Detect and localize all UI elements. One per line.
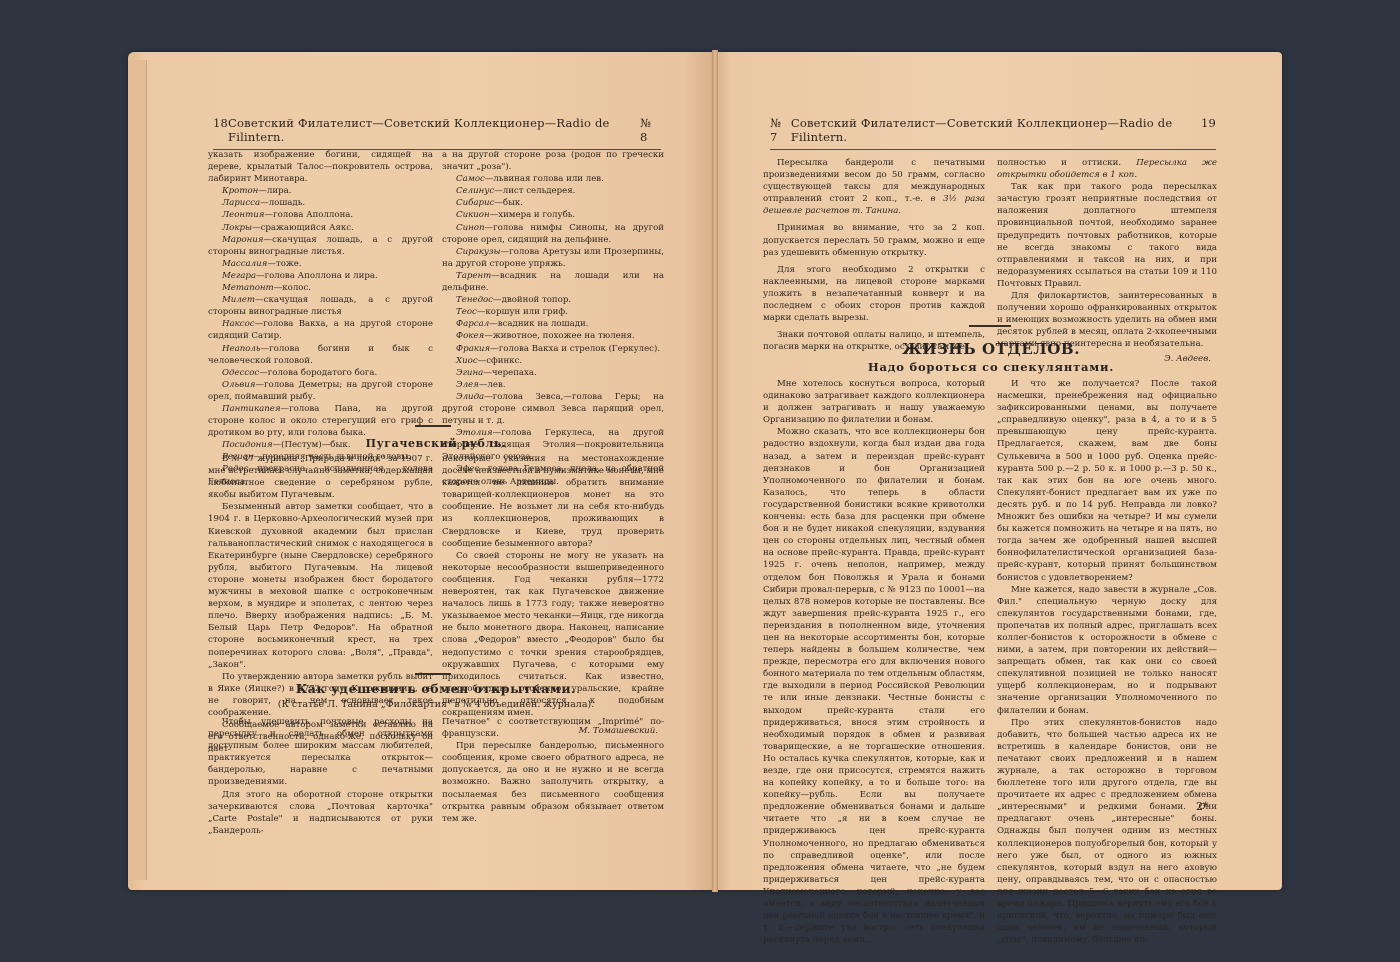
coin-entry: Синоп—голова нимфы Синопы, на другой сто… bbox=[442, 222, 664, 246]
paragraph: Можно сказать, что все коллекционеры бон… bbox=[763, 426, 985, 946]
coin-city-name: Тарент bbox=[456, 271, 491, 281]
book-gutter bbox=[712, 50, 718, 892]
coin-entry: Ларисса—лошадь. bbox=[208, 197, 433, 209]
coin-entry: Фарсал—всадник на лошади. bbox=[442, 318, 664, 330]
coin-city-name: Ларисса bbox=[222, 198, 260, 208]
paragraph: Безыменный автор заметки сообщает, что в… bbox=[208, 501, 433, 670]
coin-city-name: Пантикапея bbox=[222, 404, 281, 414]
coin-entry: Эгина—черепаха. bbox=[442, 367, 664, 379]
coin-entry: Массалия—тоже. bbox=[208, 258, 433, 270]
coin-description: —тоже. bbox=[267, 259, 301, 269]
paragraph: Мне кажется, надо завести в журнале „Сов… bbox=[997, 584, 1217, 717]
printer-signature-mark: 2* bbox=[1196, 800, 1209, 813]
coin-city-name: Мегара bbox=[222, 271, 256, 281]
coin-description: —лев. bbox=[479, 380, 506, 390]
coin-city-name: Сиракузы bbox=[456, 247, 501, 257]
coin-entry: Кротон—лира. bbox=[208, 185, 433, 197]
coin-city-name: Сикион bbox=[456, 210, 490, 220]
coin-description: —лира. bbox=[258, 186, 291, 196]
coin-city-name: Ольвия bbox=[222, 380, 255, 390]
postcards-continued-column-1: Пересылка бандероли с печатными произвед… bbox=[763, 157, 985, 353]
coin-entry: Тенедос—двойной топор. bbox=[442, 294, 664, 306]
paragraph: некоторые указания на местонахождение до… bbox=[442, 453, 664, 550]
section-divider bbox=[415, 425, 451, 427]
paragraph: При пересылке бандеролью, письменного со… bbox=[442, 740, 664, 825]
coin-description: —сражающийся Аякс. bbox=[252, 223, 354, 233]
coin-city-name: Милет bbox=[222, 295, 255, 305]
coin-description: —химера и голубь. bbox=[490, 210, 576, 220]
coins-intro: а на другой стороне роза (родон по грече… bbox=[442, 149, 664, 173]
coin-description: —голова Аполлона. bbox=[264, 210, 353, 220]
coin-entry: Мегара—голова Аполлона и лира. bbox=[208, 270, 433, 282]
coin-city-name: Элида bbox=[456, 392, 484, 402]
coin-city-name: Одессос bbox=[222, 368, 259, 378]
coin-description: —животное, похожее на тюленя. bbox=[484, 331, 634, 341]
coin-city-name: Эгина bbox=[456, 368, 483, 378]
coin-entry: Селинус—лист сельдерея. bbox=[442, 185, 664, 197]
coin-entry: Сикион—химера и голубь. bbox=[442, 209, 664, 221]
coin-description: —голова бородатого бога. bbox=[259, 368, 377, 378]
paragraph: И что же получается? После такой насмешк… bbox=[997, 378, 1217, 584]
coin-city-name: Метапонт bbox=[222, 283, 274, 293]
paragraph: Принимая во внимание, что за 2 коп. допу… bbox=[763, 222, 985, 258]
postcards-column-2: Печатное" с соответствующим „Imprimé" по… bbox=[442, 716, 664, 825]
paragraph: Так как при такого рода пересылках зачас… bbox=[997, 181, 1217, 290]
coin-description: —колос. bbox=[274, 283, 311, 293]
coin-description: —лошадь. bbox=[260, 198, 305, 208]
text: полностью и оттиски. bbox=[997, 158, 1136, 168]
coin-description: —двойной топор. bbox=[493, 295, 571, 305]
coin-entry: Неаполь—голова богини и бык с человеческ… bbox=[208, 343, 433, 367]
paragraph: В № 47 журнала „Природа и люди" за 1907 … bbox=[208, 453, 433, 501]
page-number: 19 bbox=[1201, 116, 1216, 130]
coin-description: —сфинкс. bbox=[478, 356, 523, 366]
paragraph: Для этого необходимо 2 открытки с наклее… bbox=[763, 264, 985, 324]
coin-entry: Тарент—всадник на лошади или на дельфине… bbox=[442, 270, 664, 294]
journal-title: Советский Филателист—Советский Коллекцио… bbox=[228, 116, 640, 144]
coin-city-name: Наксос bbox=[222, 319, 255, 329]
coin-city-name: Сибарис bbox=[456, 198, 494, 208]
coin-entry: Пантикапея—голова Пана, на другой сторон… bbox=[208, 403, 433, 439]
page-fold-edge bbox=[128, 60, 147, 880]
coin-entry: Милет—скачущая лошадь, а с другой сторон… bbox=[208, 294, 433, 318]
left-running-head: 18 Советский Филателист—Советский Коллек… bbox=[213, 116, 661, 150]
coin-entry: Ольвия—голова Деметры; на другой стороне… bbox=[208, 379, 433, 403]
coin-city-name: Самос bbox=[456, 174, 485, 184]
paragraph: полностью и оттиски. Пересылка же открыт… bbox=[997, 157, 1217, 181]
coin-description: —лист сельдерея. bbox=[494, 186, 575, 196]
article-title-speculators: Надо бороться со спекулянтами. bbox=[763, 360, 1219, 374]
paragraph: Пересылка бандероли с печатными произвед… bbox=[763, 157, 985, 217]
postcards-column-1: Чтобы удешевить почтовые расходы на пере… bbox=[208, 716, 433, 837]
article-title-pugachev: Пугачевский рубль. bbox=[208, 437, 664, 450]
coin-city-name: Тенедос bbox=[456, 295, 493, 305]
coin-description: —всадник на лошади. bbox=[489, 319, 588, 329]
coin-entry: Самос—львиная голова или лев. bbox=[442, 173, 664, 185]
section-divider bbox=[969, 325, 1011, 327]
coin-city-name: Неаполь bbox=[222, 344, 261, 354]
coin-city-name: Кротон bbox=[222, 186, 258, 196]
paragraph: Для этого на оборотной стороне открытки … bbox=[208, 789, 433, 837]
issue-number: № 8 bbox=[640, 116, 661, 144]
coin-city-name: Синоп bbox=[456, 223, 484, 233]
departments-column-1: Мне хотелось коснуться вопроса, который … bbox=[763, 378, 985, 946]
coin-description: —голова Вакха и стрелок (Геркулес). bbox=[490, 344, 660, 354]
coin-entry: Марония—скачущая лошадь, а с другой стор… bbox=[208, 234, 433, 258]
coin-description: —голова Аполлона и лира. bbox=[256, 271, 378, 281]
coin-city-name: Фракия bbox=[456, 344, 490, 354]
coin-entry: Метапонт—колос. bbox=[208, 282, 433, 294]
coin-city-name: Элея bbox=[456, 380, 479, 390]
journal-title: Советский Филателист—Советский Коллекцио… bbox=[791, 116, 1201, 144]
paragraph: Про этих спекулянтов-бонистов надо добав… bbox=[997, 717, 1217, 947]
coin-entry: Теос—коршун или гриф. bbox=[442, 306, 664, 318]
coin-description: —черепаха. bbox=[483, 368, 537, 378]
paragraph: Мне хотелось коснуться вопроса, который … bbox=[763, 378, 985, 426]
coin-city-name: Хиос bbox=[456, 356, 478, 366]
coin-entry: Фокея—животное, похожее на тюленя. bbox=[442, 330, 664, 342]
coin-description: —коршун или гриф. bbox=[477, 307, 568, 317]
coin-entry: Сибарис—бык. bbox=[442, 197, 664, 209]
coin-entry: Хиос—сфинкс. bbox=[442, 355, 664, 367]
coin-city-name: Массалия bbox=[222, 259, 267, 269]
coin-city-name: Локры bbox=[222, 223, 252, 233]
section-divider bbox=[415, 673, 451, 675]
right-running-head: № 7 Советский Филателист—Советский Колле… bbox=[770, 116, 1216, 150]
coin-entry: Леонтия—голова Аполлона. bbox=[208, 209, 433, 221]
coin-city-name: Теос bbox=[456, 307, 477, 317]
coin-city-name: Леонтия bbox=[222, 210, 264, 220]
coin-city-name: Марония bbox=[222, 235, 263, 245]
page-number: 18 bbox=[213, 116, 228, 130]
article-subtitle-postcards: (К статье Л. Танина „Филокартия" в № 4 о… bbox=[208, 699, 664, 710]
coin-description: —бык. bbox=[494, 198, 523, 208]
coin-entry: Фракия—голова Вакха и стрелок (Геркулес)… bbox=[442, 343, 664, 355]
postcards-continued-column-2: полностью и оттиски. Пересылка же открыт… bbox=[997, 157, 1217, 365]
coin-city-name: Фарсал bbox=[456, 319, 489, 329]
section-title-departments: ЖИЗНЬ ОТДЕЛОВ. bbox=[763, 340, 1219, 358]
coin-entry: Элида—голова Зевса,—голова Геры; на друг… bbox=[442, 391, 664, 427]
issue-number: № 7 bbox=[770, 116, 791, 144]
article-title-postcards: Как удешевить обмен открытками. bbox=[208, 681, 664, 696]
coins-intro: указать изображение богини, сидящей на д… bbox=[208, 149, 433, 185]
coin-entry: Наксос—голова Вакха, а на другой стороне… bbox=[208, 318, 433, 342]
departments-column-2: И что же получается? После такой насмешк… bbox=[997, 378, 1217, 946]
paragraph: Чтобы удешевить почтовые расходы на пере… bbox=[208, 716, 433, 789]
coin-entry: Одессос—голова бородатого бога. bbox=[208, 367, 433, 379]
coin-entry: Локры—сражающийся Аякс. bbox=[208, 222, 433, 234]
coin-city-name: Фокея bbox=[456, 331, 484, 341]
coin-city-name: Селинус bbox=[456, 186, 494, 196]
coin-entry: Сиракузы—голова Аретузы или Прозерпины, … bbox=[442, 246, 664, 270]
coin-entry: Элея—лев. bbox=[442, 379, 664, 391]
paragraph: Печатное" с соответствующим „Imprimé" по… bbox=[442, 716, 664, 740]
coin-description: —львиная голова или лев. bbox=[485, 174, 604, 184]
